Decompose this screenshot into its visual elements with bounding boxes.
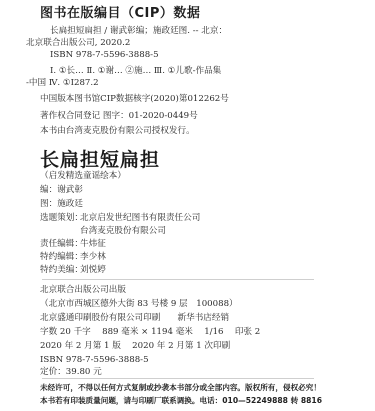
cip-number: 中国版本图书馆CIP数据核字(2020)第012262号 xyxy=(40,93,229,105)
printer: 北京盛通印刷股份有限公司印刷 新华书店经销 xyxy=(40,312,229,324)
cip-line-2: 北京联合出版公司, 2020.2 xyxy=(26,37,130,49)
cip-classification-1: Ⅰ. ①长… Ⅱ. ①谢… ②施… Ⅲ. ①儿歌-作品集 xyxy=(50,65,221,77)
credit-value: 牛炜征 xyxy=(80,239,106,249)
publisher: 北京联合出版公司出版 xyxy=(40,284,126,296)
credit-art-editor: 特约美编：刘悦婷 xyxy=(40,264,106,276)
credit-special-editor: 特约编辑：李少林 xyxy=(40,251,106,263)
divider xyxy=(42,378,314,379)
book-title: 长扁担短扁担 xyxy=(40,145,160,172)
isbn: ISBN 978-7-5596-3888-5 xyxy=(40,354,149,366)
credit-label: 责任编辑： xyxy=(40,238,80,250)
license-note: 本书由台湾麦克股份有限公司授权发行。 xyxy=(40,125,195,137)
cip-classification-2: -中国 Ⅳ. ①I287.2 xyxy=(26,77,99,89)
credit-label: 选题策划： xyxy=(40,212,80,224)
credit-responsible-editor: 责任编辑：牛炜征 xyxy=(40,238,106,250)
edition: 2020 年 2 月第 1 版 2020 年 2 月第 1 次印刷 xyxy=(40,340,230,352)
price: 定价：39.80 元 xyxy=(40,366,102,378)
quality-notice: 本书若有印装质量问题，请与印刷厂联系调换。电话：010—52249888 转 8… xyxy=(40,395,322,407)
specifications: 字数 20 千字 889 毫米 × 1194 毫米 1/16 印张 2 xyxy=(40,326,260,338)
publisher-address: （北京市西城区德外大街 83 号楼 9 层 100088） xyxy=(40,298,238,310)
credit-label: 特约美编： xyxy=(40,264,80,276)
credit-value: 台湾麦克股份有限公司 xyxy=(80,226,166,236)
cip-heading: 图书在版编目（CIP）数据 xyxy=(40,2,200,21)
credit-label: 特约编辑： xyxy=(40,251,80,263)
author: 编：谢武彰 xyxy=(40,184,83,196)
cip-isbn: ISBN 978-7-5596-3888-5 xyxy=(50,49,159,61)
credit-value: 北京启发世纪图书有限责任公司 xyxy=(80,213,200,223)
divider xyxy=(42,279,314,280)
copyright-registration: 著作权合同登记 图字：01-2020-0449号 xyxy=(40,110,198,122)
book-subtitle: （启发精选童谣绘本） xyxy=(40,170,126,182)
credit-value: 李少林 xyxy=(80,252,106,262)
credit-value: 刘悦婷 xyxy=(80,265,106,275)
credit-planning-2: 台湾麦克股份有限公司 xyxy=(40,225,166,237)
cip-line-1: 长扁担短扁担 / 谢武彰编；施政廷图. -- 北京： xyxy=(50,25,227,37)
credit-planning: 选题策划：北京启发世纪图书有限责任公司 xyxy=(40,212,200,224)
illustrator: 图：施政廷 xyxy=(40,198,83,210)
copyright-notice: 未经许可，不得以任何方式复制或抄袭本书部分或全部内容。版权所有，侵权必究！ xyxy=(40,382,321,394)
